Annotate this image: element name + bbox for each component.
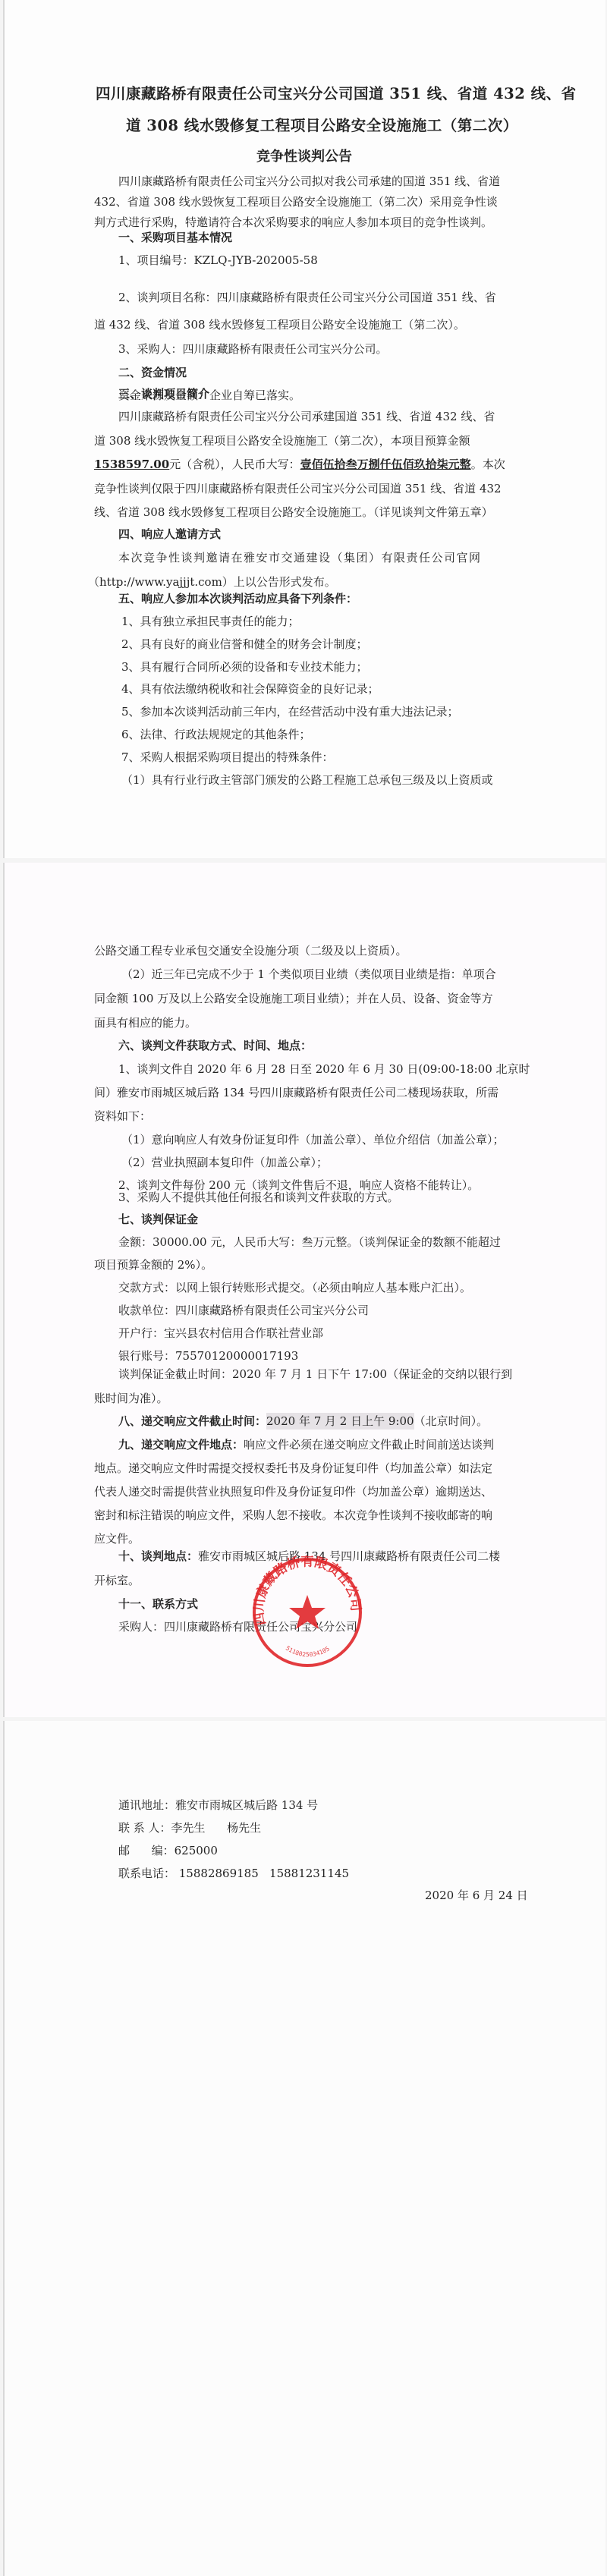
condition-item: 7、采购人根据采购项目提出的特殊条件： bbox=[121, 749, 334, 765]
intro-text-line: 道 308 线水毁恢复工程项目公路安全设施施工（第二次），本项目预算金额 bbox=[94, 432, 470, 448]
page-3 bbox=[3, 1721, 605, 2576]
special-condition: 同金额 100 万及以上公路安全设施施工项目业绩）；并在人员、设备、资金等方 bbox=[94, 990, 493, 1006]
submission-text: 应文件。 bbox=[94, 1530, 140, 1546]
section-heading: 六、谈判文件获取方式、时间、地点： bbox=[118, 1037, 312, 1053]
title-line-1: 四川康藏路桥有限责任公司宝兴分公司国道 351 线、省道 432 线、省 bbox=[96, 82, 577, 103]
section-heading: 七、谈判保证金 bbox=[118, 1211, 198, 1227]
submission-text: 地点。递交响应文件时需提交授权委托书及身份证复印件（均加盖公章）如法定 bbox=[94, 1460, 492, 1476]
project-name-line: 2、谈判项目名称：四川康藏路桥有限责任公司宝兴分公司国道 351 线、省 bbox=[118, 289, 496, 305]
doc-note: 3、采购人不提供其他任何报名和谈判文件获取的方式。 bbox=[118, 1189, 399, 1205]
doc-access-line: 1、谈判文件自 2020 年 6 月 28 日至 2020 年 6 月 30 日… bbox=[118, 1061, 530, 1077]
deadline-time: 2020 年 7 月 2 日上午 9:00 bbox=[266, 1413, 414, 1430]
contact-phone: 联系电话： 15882869185 15881231145 bbox=[118, 1865, 349, 1881]
website-link[interactable]: （http://www.yajjjt.com）上以公告形式发布。 bbox=[88, 574, 336, 590]
section-heading: 十、谈判地点： bbox=[118, 1549, 198, 1563]
section-heading: 九、递交响应文件地点： bbox=[118, 1438, 244, 1452]
intro-line: 判方式进行采购，特邀请符合本次采购要求的响应人参加本项目的竞争性谈判。 bbox=[94, 214, 492, 230]
budget-tail: 。本次 bbox=[471, 458, 505, 471]
contact-persons: 联 系 人：李先生 杨先生 bbox=[118, 1820, 261, 1835]
deadline-suffix: （北京时间）。 bbox=[414, 1414, 489, 1428]
deposit-amount: 项目预算金额的 2%）。 bbox=[94, 1257, 212, 1272]
intro-line: 四川康藏路桥有限责任公司宝兴分公司拟对我公司承建的国道 351 线、省道 bbox=[118, 173, 500, 189]
section-heading-intro: 三、谈判项目简介 bbox=[118, 385, 209, 401]
budget-words: 壹佰伍拾叁万捌仟伍佰玖拾柒元整 bbox=[300, 458, 471, 471]
section-heading: 十一、联系方式 bbox=[118, 1596, 198, 1612]
deposit-deadline: 谈判保证金截止时间：2020 年 7 月 1 日下午 17:00（保证金的交纳以… bbox=[118, 1366, 512, 1382]
condition-item: 4、具有依法缴纳税收和社会保障资金的良好记录； bbox=[121, 681, 379, 697]
announcement-date: 2020 年 6 月 24 日 bbox=[425, 1887, 528, 1903]
deposit-payee: 收款单位：四川康藏路桥有限责任公司宝兴分公司 bbox=[118, 1302, 369, 1318]
budget-amount: 1538597.00 bbox=[94, 458, 169, 471]
deposit-bank: 开户行：宝兴县农村信用合作联社营业部 bbox=[118, 1325, 323, 1341]
special-condition: （1）具有行业行政主管部门颁发的公路工程施工总承包三级及以上资质或 bbox=[121, 772, 493, 788]
company-seal-icon: 四川康藏路桥有限责任公司 5118025034105 bbox=[250, 1555, 364, 1669]
contact-postcode: 邮 编：625000 bbox=[118, 1842, 218, 1858]
intro-text-line: 线、省道 308 线水毁修复工程项目公路安全设施施工。（详见谈判文件第五章） bbox=[94, 504, 493, 520]
condition-item: 6、法律、行政法规规定的其他条件； bbox=[121, 726, 311, 742]
special-condition: （2）近三年已完成不少于 1 个类似项目业绩（类似项目业绩是指：单项合 bbox=[121, 966, 496, 982]
submission-text: 响应文件必须在递交响应文件截止时间前送达谈判 bbox=[244, 1438, 494, 1452]
condition-item: 1、具有独立承担民事责任的能力； bbox=[121, 613, 300, 629]
condition-item: 3、具有履行合同所必须的设备和专业技术能力； bbox=[121, 659, 368, 675]
doc-material: （2）营业执照副本复印件（加盖公章）； bbox=[121, 1154, 328, 1170]
submission-place: 九、递交响应文件地点：响应文件必须在递交响应文件截止时间前送达谈判 bbox=[118, 1436, 494, 1452]
doc-access-line: 间）雅安市雨城区城后路 134 号四川康藏路桥有限责任公司二楼现场获取，所需 bbox=[94, 1084, 498, 1100]
project-name-line: 道 432 线、省道 308 线水毁修复工程项目公路安全设施施工（第二次）。 bbox=[94, 316, 465, 332]
submission-text: 密封和标注错误的响应文件，采购人恕不接收。本次竞争性谈判不接收邮寄的响 bbox=[94, 1507, 492, 1523]
deposit-amount: 金额：30000.00 元，人民币大写：叁万元整。（谈判保证金的数额不能超过 bbox=[118, 1234, 501, 1250]
project-number: 1、项目编号：KZLQ-JYB-202005-58 bbox=[118, 252, 318, 268]
condition-item: 2、具有良好的商业信誉和健全的财务会计制度； bbox=[121, 636, 368, 652]
purchaser: 3、采购人：四川康藏路桥有限责任公司宝兴分公司。 bbox=[118, 341, 388, 357]
title-line-2: 道 308 线水毁修复工程项目公路安全设施施工（第二次） bbox=[126, 114, 518, 135]
section-heading: 一、采购项目基本情况 bbox=[118, 229, 232, 245]
deposit-deadline: 账时间为准）。 bbox=[94, 1390, 168, 1406]
submission-deadline: 八、递交响应文件截止时间：2020 年 7 月 2 日上午 9:00（北京时间）… bbox=[118, 1413, 488, 1429]
doc-access-line: 资料如下： bbox=[94, 1108, 151, 1124]
special-condition: 公路交通工程专业承包交通安全设施分项（二级及以上资质）。 bbox=[94, 942, 407, 958]
intro-line: 432、省道 308 线水毁恢复工程项目公路安全设施施工（第二次）采用竞争性谈 bbox=[94, 193, 498, 209]
invite-text: 本次竞争性谈判邀请在雅安市交通建设（集团）有限责任公司官网 bbox=[118, 549, 482, 565]
section-heading: 五、响应人参加本次谈判活动应具备下列条件： bbox=[118, 590, 357, 606]
section-heading: 四、响应人邀请方式 bbox=[118, 526, 221, 542]
deposit-method: 交款方式：以网上银行转账形式提交。（必须由响应人基本账户汇出）。 bbox=[118, 1279, 471, 1295]
intro-text-line: 四川康藏路桥有限责任公司宝兴分公司承建国道 351 线、省道 432 线、省 bbox=[118, 408, 495, 424]
negotiation-address: 开标室。 bbox=[94, 1572, 140, 1588]
special-condition: 面具有相应的能力。 bbox=[94, 1014, 197, 1030]
subtitle: 竞争性谈判公告 bbox=[256, 146, 352, 165]
contact-address: 通讯地址：雅安市雨城区城后路 134 号 bbox=[118, 1797, 318, 1813]
budget-line: 1538597.00元（含税），人民币大写：壹佰伍拾叁万捌仟伍佰玖拾柒元整。本次 bbox=[94, 456, 505, 472]
doc-material: （1）意向响应人有效身份证复印件（加盖公章）、单位介绍信（加盖公章）； bbox=[121, 1131, 505, 1147]
intro-text-line: 竞争性谈判仅限于四川康藏路桥有限责任公司宝兴分公司国道 351 线、省道 432 bbox=[94, 480, 502, 496]
svg-text:5118025034105: 5118025034105 bbox=[285, 1645, 331, 1659]
section-heading: 二、资金情况 bbox=[118, 364, 187, 380]
condition-item: 5、参加本次谈判活动前三年内，在经营活动中没有重大违法记录； bbox=[121, 703, 459, 719]
section-heading: 八、递交响应文件截止时间： bbox=[118, 1414, 266, 1428]
deposit-account: 银行账号：75570120000017193 bbox=[118, 1348, 298, 1363]
budget-label: 元（含税），人民币大写： bbox=[169, 458, 300, 471]
submission-text: 代表人递交时需提供营业执照复印件及身份证复印件（均加盖公章）逾期送达、 bbox=[94, 1483, 492, 1499]
